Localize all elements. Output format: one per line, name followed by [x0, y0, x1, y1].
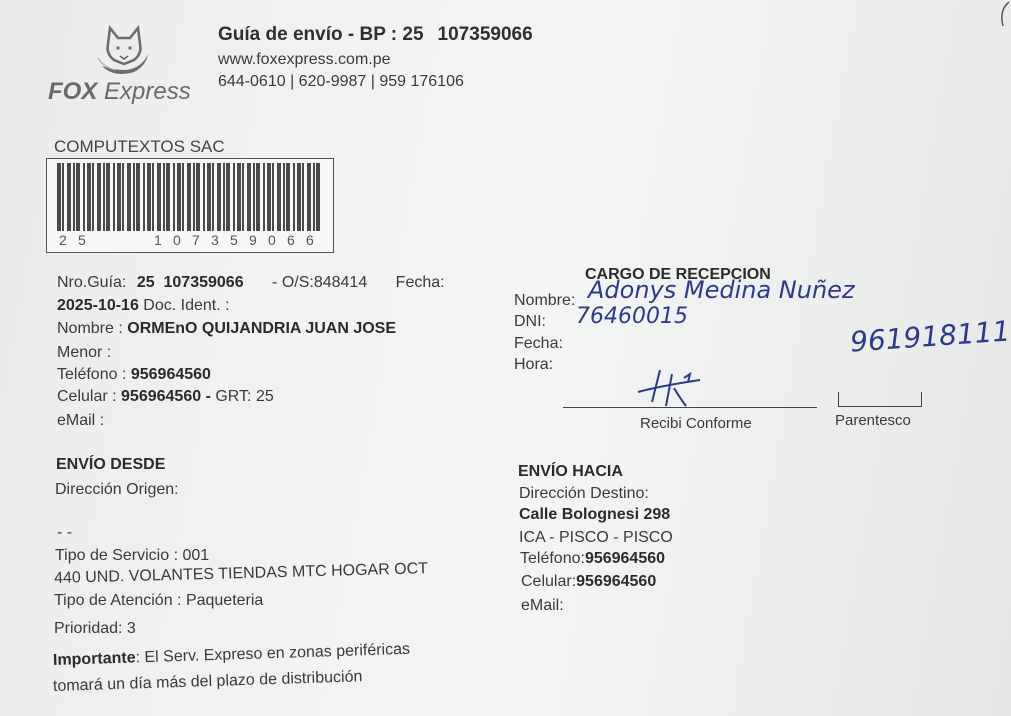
contact-phones: 644-0610 | 620-9987 | 959 176106 — [218, 73, 464, 91]
recibi-label: Recibi Conforme — [640, 415, 752, 432]
fox-logo-icon — [96, 24, 156, 78]
guide-number: 107359066 — [438, 24, 533, 45]
destination-cell: 956964560 — [576, 573, 656, 590]
cargo-dni-label: DNI: — [514, 313, 546, 331]
destination-location: ICA - PISCO - PISCO — [519, 529, 673, 547]
guide-row: Nro.Guía: 25 107359066 - O/S:848414 Fech… — [57, 274, 445, 292]
signature-line — [563, 407, 817, 408]
cargo-dni-handwritten: 76460015 — [576, 304, 688, 329]
destination-cell-row: Celular:956964560 — [521, 573, 656, 591]
name-row: Nombre : ORMEnO QUIJANDRIA JUAN JOSE — [57, 320, 396, 338]
guide-number-value: 25 107359066 — [137, 274, 244, 291]
envio-desde-title: ENVÍO DESDE — [56, 456, 165, 474]
cargo-time-label: Hora: — [514, 356, 553, 374]
destination-phone: 956964560 — [585, 550, 665, 567]
phone-row: Teléfono : 956964560 — [57, 366, 211, 384]
parentesco-line — [838, 406, 922, 407]
date-row: 2025-10-16 Doc. Ident. : — [57, 297, 230, 315]
destination-address-label: Dirección Destino: — [519, 485, 649, 503]
date-value: 2025-10-16 — [57, 297, 139, 314]
signature-icon — [630, 362, 720, 412]
email-row: eMail : — [57, 412, 104, 430]
brand-logo: FOX Express — [48, 24, 208, 106]
origin-address-value: - - — [57, 524, 72, 542]
page-title: Guía de envío - BP : 25107359066 — [218, 24, 533, 46]
cellphone-row: Celular : 956964560 - GRT: 25 — [57, 388, 274, 406]
destination-address-value: Calle Bolognesi 298 — [519, 506, 670, 524]
important-note-line2: tomará un día más del plazo de distribuc… — [53, 668, 363, 696]
priority: Prioridad: 3 — [54, 620, 136, 638]
destination-email-label: eMail: — [521, 597, 564, 615]
brand-name: FOX Express — [48, 78, 191, 106]
barcode-bars — [57, 163, 323, 231]
grt-value: GRT: 25 — [215, 388, 273, 405]
website-link[interactable]: www.foxexpress.com.pe — [218, 51, 391, 69]
cargo-phone-handwritten: 961918111 — [849, 314, 1011, 358]
cargo-date-label: Fecha: — [514, 335, 563, 353]
important-note: Importante: El Serv. Expreso en zonas pe… — [53, 641, 411, 670]
envio-hacia-title: ENVÍO HACIA — [518, 463, 623, 481]
os-number: - O/S:848414 — [272, 274, 367, 291]
cellphone-value: 956964560 - — [121, 388, 211, 405]
cargo-name-label: Nombre: — [514, 292, 575, 310]
barcode-digits: 25107359066 — [59, 232, 325, 248]
pen-mark-icon — [995, 0, 1011, 30]
phone-value: 956964560 — [131, 366, 211, 383]
parentesco-label: Parentesco — [835, 412, 911, 429]
cargo-name-handwritten: Adonys Medina Nuñez — [588, 276, 855, 304]
recipient-name: ORMEnO QUIJANDRIA JUAN JOSE — [127, 320, 396, 337]
menor-row: Menor : — [57, 344, 111, 362]
barcode: 25107359066 — [46, 158, 334, 253]
destination-phone-row: Teléfono:956964560 — [520, 550, 665, 568]
attention-type: Tipo de Atención : Paqueteria — [54, 592, 263, 610]
sender-company: COMPUTEXTOS SAC — [54, 137, 225, 157]
origin-address-label: Dirección Origen: — [55, 481, 179, 499]
